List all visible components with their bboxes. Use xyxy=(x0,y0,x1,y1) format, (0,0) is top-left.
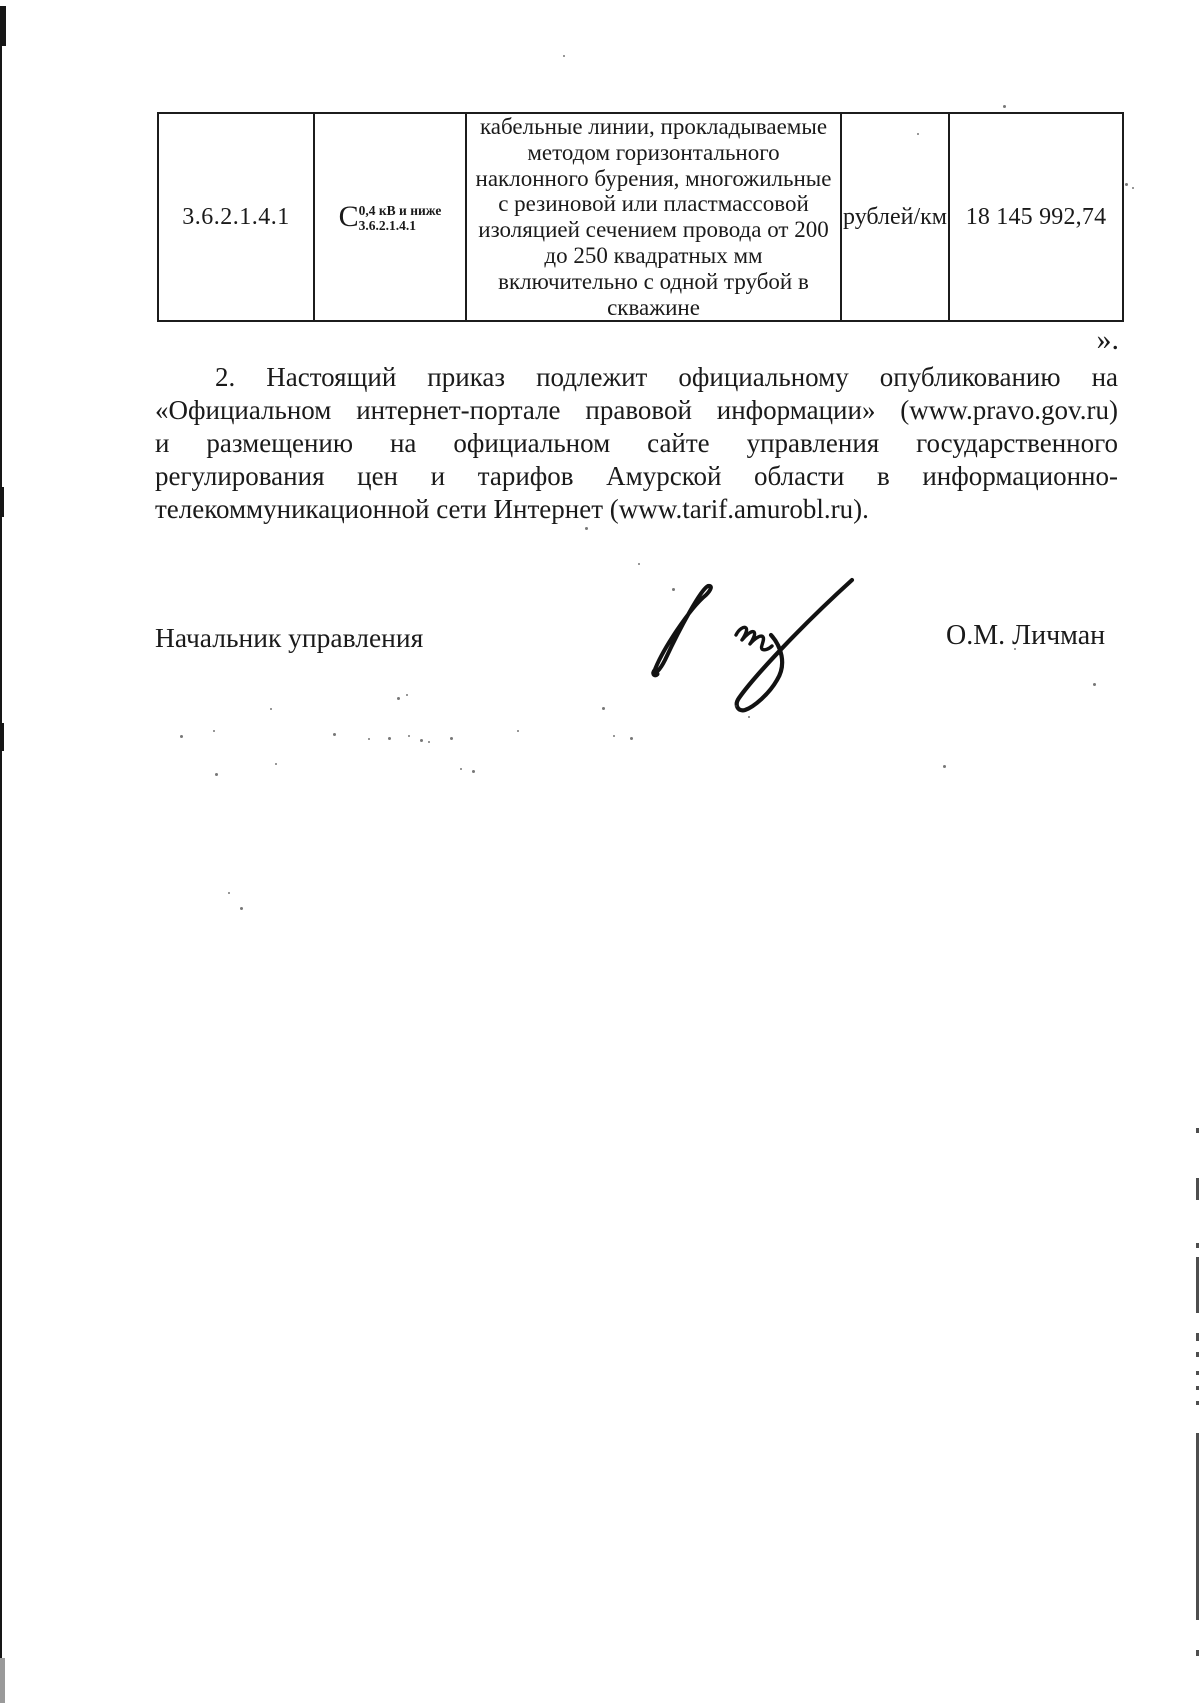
scan-speckle xyxy=(408,735,410,737)
scan-speckle xyxy=(428,741,430,743)
tariff-rate-formula: С0,4 кВ и ниже3.6.2.1.4.1 xyxy=(339,202,442,232)
scan-speckle xyxy=(638,563,640,565)
scan-edge-blob xyxy=(0,723,4,751)
scan-edge-right-segment xyxy=(1196,1257,1199,1313)
cell-description: кабельные линии, прокладываемые методом … xyxy=(466,113,841,321)
cell-unit: рублей/км xyxy=(841,113,949,321)
scan-speckle xyxy=(1003,105,1006,108)
scan-speckle xyxy=(228,892,230,894)
scan-speckle xyxy=(460,768,462,770)
scan-edge-right-segment xyxy=(1196,1243,1199,1248)
tariff-table: 3.6.2.1.4.1 С0,4 кВ и ниже3.6.2.1.4.1 ка… xyxy=(157,112,1124,322)
formula-subscript: 3.6.2.1.4.1 xyxy=(359,218,416,233)
description-line: кабельные линии, прокладываемые xyxy=(467,114,840,140)
scan-speckle xyxy=(585,527,588,530)
scan-speckle xyxy=(735,705,737,707)
scanned-document-page: 3.6.2.1.4.1 С0,4 кВ и ниже3.6.2.1.4.1 ка… xyxy=(0,0,1200,1703)
scan-speckle xyxy=(917,133,919,135)
scan-speckle xyxy=(748,716,750,718)
signature-name: О.М. Личман xyxy=(946,619,1105,653)
scan-speckle xyxy=(275,763,277,765)
scan-edge-blob xyxy=(0,6,6,46)
paragraph-line: «Официальном интернет-портале правовой и… xyxy=(155,394,1118,427)
paragraph-line: и размещению на официальном сайте управл… xyxy=(155,427,1118,460)
scan-speckle xyxy=(563,55,565,57)
paragraph-line: телекоммуникационной сети Интернет (www.… xyxy=(155,493,1118,526)
scan-edge-right-segment xyxy=(1196,1333,1199,1341)
scan-speckle xyxy=(240,907,243,910)
scan-edge-blob xyxy=(0,1658,5,1703)
description-line: скважине xyxy=(467,295,840,321)
scan-speckle xyxy=(472,770,475,773)
scan-speckle xyxy=(180,735,183,738)
scan-speckle xyxy=(630,737,633,740)
scan-speckle xyxy=(672,588,675,591)
description-line: с резиновой или пластмассовой xyxy=(467,191,840,217)
scan-speckle xyxy=(1132,187,1134,189)
scan-edge-right-segment xyxy=(1196,1401,1199,1405)
description-line: методом горизонтального xyxy=(467,140,840,166)
scan-speckle xyxy=(450,737,453,740)
scan-speckle xyxy=(943,765,946,768)
cell-code: 3.6.2.1.4.1 xyxy=(158,113,314,321)
scan-speckle xyxy=(517,730,519,732)
scan-edge-left xyxy=(0,6,2,1703)
cell-formula: С0,4 кВ и ниже3.6.2.1.4.1 xyxy=(314,113,466,321)
paragraph-line: регулирования цен и тарифов Амурской обл… xyxy=(155,460,1118,493)
scan-edge-right-segment xyxy=(1196,1386,1199,1390)
table-row: 3.6.2.1.4.1 С0,4 кВ и ниже3.6.2.1.4.1 ка… xyxy=(158,113,1123,321)
formula-superscript: 0,4 кВ и ниже xyxy=(359,203,442,218)
scan-speckle xyxy=(1014,648,1016,650)
scan-edge-right-segment xyxy=(1196,1371,1199,1375)
scan-speckle xyxy=(406,694,408,696)
paragraph-line: 2. Настоящий приказ подлежит официальном… xyxy=(155,361,1118,394)
scan-speckle xyxy=(1093,683,1096,686)
scan-edge-right-segment xyxy=(1196,1178,1199,1200)
scan-speckle xyxy=(1125,183,1128,186)
scan-edge-right-segment xyxy=(1196,1650,1199,1656)
closing-quote: ». xyxy=(157,324,1119,356)
scan-edge-blob xyxy=(0,487,4,517)
cell-value: 18 145 992,74 xyxy=(949,113,1123,321)
formula-base: С xyxy=(339,202,359,232)
scan-speckle xyxy=(368,738,370,740)
scan-speckle xyxy=(333,733,336,736)
signature-position: Начальник управления xyxy=(155,621,423,655)
scan-edge-right-segment xyxy=(1196,1352,1199,1357)
scan-speckle xyxy=(388,737,391,740)
scan-speckle xyxy=(397,697,400,700)
scan-speckle xyxy=(270,708,272,710)
description-line: наклонного бурения, многожильные xyxy=(467,166,840,192)
description-line: изоляцией сечением провода от 200 xyxy=(467,217,840,243)
scan-edge-right-segment xyxy=(1196,1433,1199,1620)
scan-speckle xyxy=(213,730,215,732)
scan-speckle xyxy=(420,739,423,742)
scan-speckle xyxy=(602,707,605,710)
description-line: до 250 квадратных мм xyxy=(467,243,840,269)
scan-speckle xyxy=(215,773,218,776)
scan-edge-right-segment xyxy=(1196,1128,1199,1133)
handwritten-signature-icon xyxy=(640,572,860,722)
scan-speckle xyxy=(613,735,615,737)
description-line: включительно с одной трубой в xyxy=(467,269,840,295)
publication-paragraph: 2. Настоящий приказ подлежит официальном… xyxy=(155,361,1118,526)
